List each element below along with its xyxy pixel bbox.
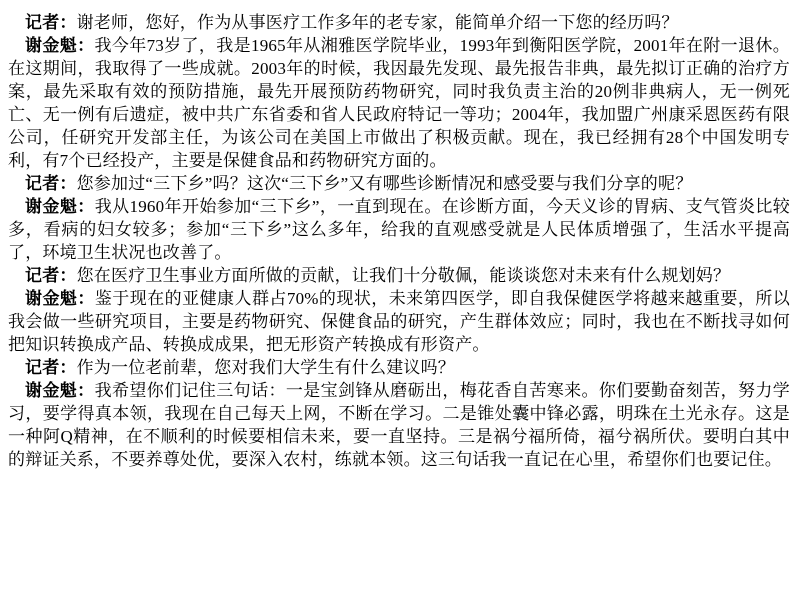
interview-paragraph: 记者：谢老师，您好，作为从事医疗工作多年的老专家，能简单介绍一下您的经历吗？	[8, 11, 790, 34]
interview-paragraph: 记者：您在医疗卫生事业方面所做的贡献，让我们十分敬佩，能谈谈您对未来有什么规划妈…	[8, 264, 790, 287]
speaker-name: 谢金魁：	[25, 381, 95, 400]
speaker-name: 记者：	[25, 358, 77, 377]
interview-paragraph: 谢金魁：我希望你们记住三句话：一是宝剑锋从磨砺出，梅花香自苦寒来。你们要勤奋刻苦…	[8, 379, 790, 471]
speaker-name: 记者：	[25, 174, 77, 193]
speech-text: 我今年73岁了，我是1965年从湘雅医学院毕业，1993年到衡阳医学院，2001…	[8, 36, 790, 170]
speech-text: 您在医疗卫生事业方面所做的贡献，让我们十分敬佩，能谈谈您对未来有什么规划妈？	[77, 266, 731, 285]
interview-paragraph: 谢金魁：我今年73岁了，我是1965年从湘雅医学院毕业，1993年到衡阳医学院，…	[8, 34, 790, 172]
speech-text: 我希望你们记住三句话：一是宝剑锋从磨砺出，梅花香自苦寒来。你们要勤奋刻苦，努力学…	[8, 381, 790, 469]
interview-paragraph: 谢金魁：鉴于现在的亚健康人群占70%的现状，未来第四医学，即自我保健医学将越来越…	[8, 287, 790, 356]
interview-paragraph: 记者：作为一位老前辈，您对我们大学生有什么建议吗？	[8, 356, 790, 379]
document-page: 记者：谢老师，您好，作为从事医疗工作多年的老专家，能简单介绍一下您的经历吗？ 谢…	[0, 0, 799, 603]
speech-text: 您参加过“三下乡”吗？这次“三下乡”又有哪些诊断情况和感受要与我们分享的呢？	[77, 174, 693, 193]
speech-text: 作为一位老前辈，您对我们大学生有什么建议吗？	[77, 358, 455, 377]
speech-text: 谢老师，您好，作为从事医疗工作多年的老专家，能简单介绍一下您的经历吗？	[77, 13, 679, 32]
speaker-name: 谢金魁：	[25, 197, 95, 216]
speaker-name: 谢金魁：	[25, 289, 95, 308]
speaker-name: 谢金魁：	[25, 36, 94, 55]
speech-text: 我从1960年开始参加“三下乡”，一直到现在。在诊断方面，今天义诊的胃病、支气管…	[8, 197, 790, 262]
interview-paragraph: 记者：您参加过“三下乡”吗？这次“三下乡”又有哪些诊断情况和感受要与我们分享的呢…	[8, 172, 790, 195]
speaker-name: 记者：	[25, 266, 77, 285]
interview-paragraph: 谢金魁：我从1960年开始参加“三下乡”，一直到现在。在诊断方面，今天义诊的胃病…	[8, 195, 790, 264]
speech-text: 鉴于现在的亚健康人群占70%的现状，未来第四医学，即自我保健医学将越来越重要，所…	[8, 289, 790, 354]
speaker-name: 记者：	[25, 13, 77, 32]
